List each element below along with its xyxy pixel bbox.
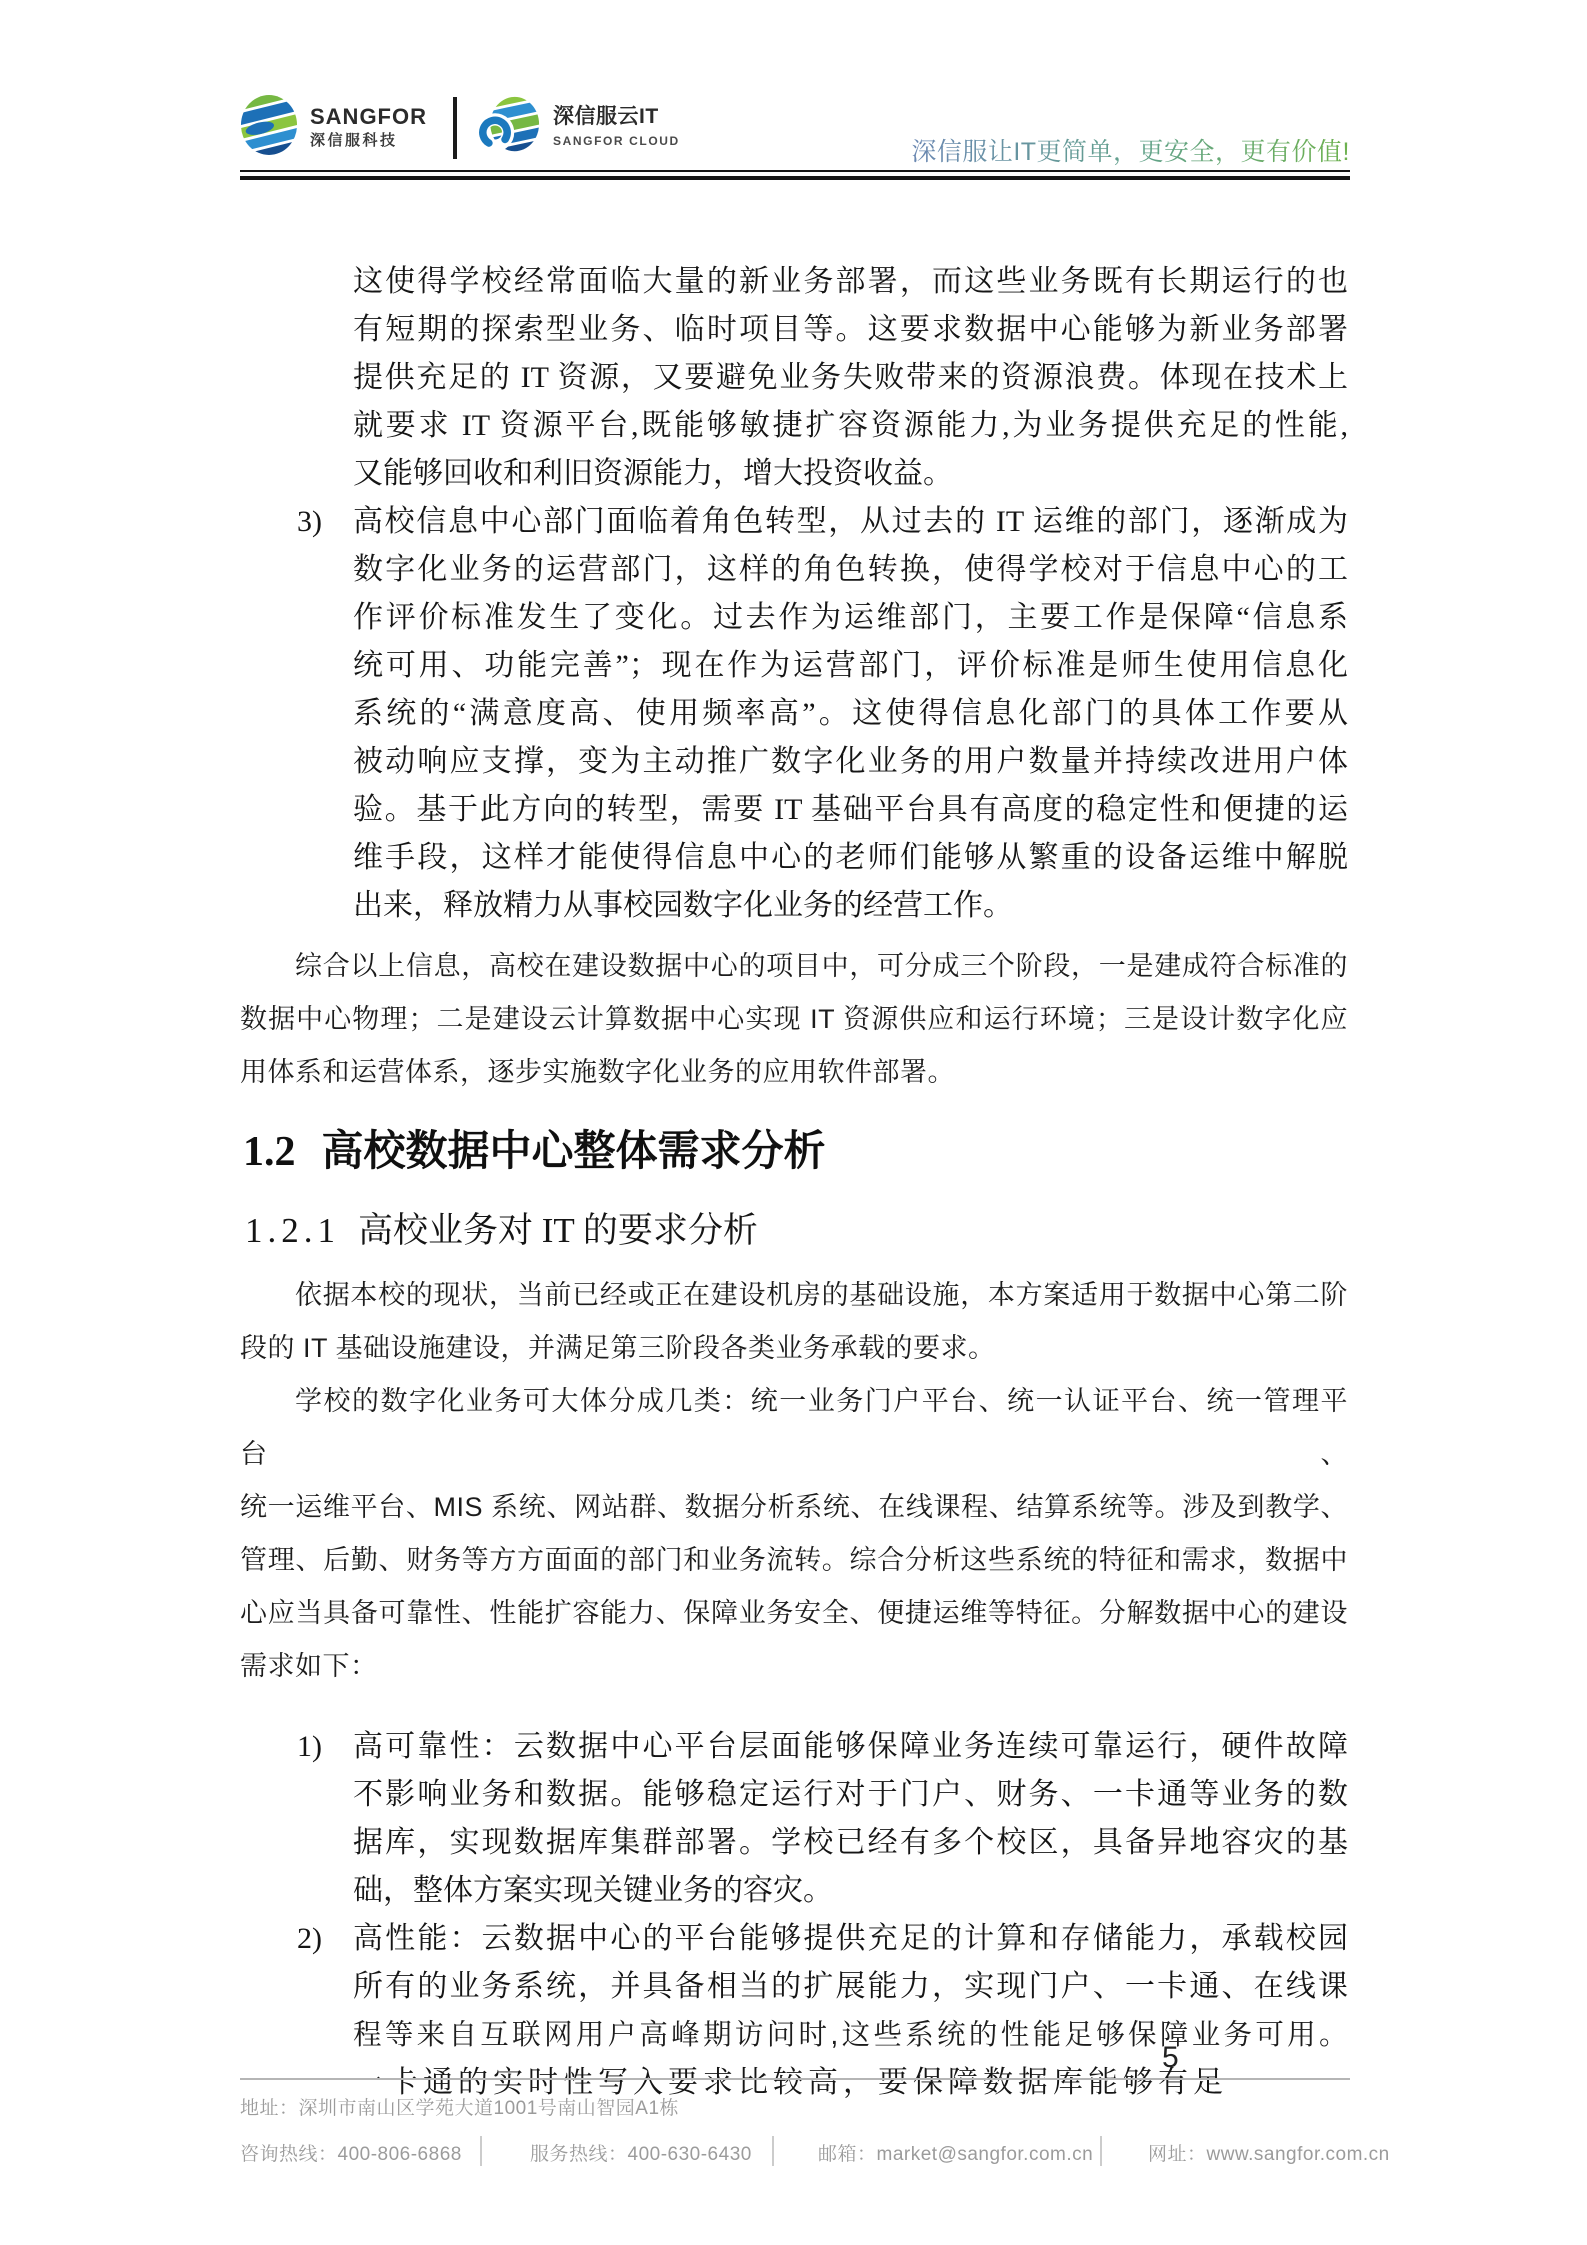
- text-line: 又能够回收和利旧资源能力，增大投资收益。: [353, 450, 1348, 498]
- text-line: 综合以上信息，高校在建设数据中心的项目中，可分成三个阶段，一是建成符合标准的: [240, 940, 1348, 993]
- requirements-list: 1) 高可靠性：云数据中心平台层面能够保障业务连续可靠运行，硬件故障不影响业务和…: [240, 1723, 1348, 2107]
- text-line: 数据中心物理；二是建设云计算数据中心实现 IT 资源供应和运行环境；三是设计数字…: [240, 993, 1348, 1046]
- text-line: 数字化业务的运营部门，这样的角色转换，使得学校对于信息中心的工: [353, 546, 1348, 594]
- footer-divider: [1100, 2136, 1102, 2166]
- footer-item-consult-hotline: 咨询热线：400-806-6868: [240, 2139, 462, 2166]
- ordered-item: 1) 高可靠性：云数据中心平台层面能够保障业务连续可靠运行，硬件故障不影响业务和…: [240, 1723, 1348, 1915]
- text-line: 高校信息中心部门面临着角色转型，从过去的 IT 运维的部门，逐渐成为: [353, 498, 1348, 546]
- document-body: 这使得学校经常面临大量的新业务部署，而这些业务既有长期运行的也有短期的探索型业务…: [240, 258, 1348, 2107]
- footer-item-email: 邮箱：market@sangfor.com.cn: [818, 2139, 1093, 2166]
- text-line: 系统的“满意度高、使用频率高”。这使得信息化部门的具体工作要从: [353, 690, 1348, 738]
- header: SANGFOR 深信服科技: [240, 94, 1350, 160]
- text-line: 所有的业务系统，并具备相当的扩展能力，实现门户、一卡通、在线课: [353, 1963, 1348, 2011]
- text-line: 维手段，这样才能使得信息中心的老师们能够从繁重的设备运维中解脱: [353, 834, 1348, 882]
- text-line: 有短期的探索型业务、临时项目等。这要求数据中心能够为新业务部署: [353, 306, 1348, 354]
- text-line: 提供充足的 IT 资源，又要避免业务失败带来的资源浪费。体现在技术上: [353, 354, 1348, 402]
- text-line: 就要求 IT 资源平台,既能够敏捷扩容资源能力,为业务提供充足的性能,: [353, 402, 1348, 450]
- section-title: 高校数据中心整体需求分析: [322, 1129, 826, 1175]
- text-line: 验。基于此方向的转型，需要 IT 基础平台具有高度的稳定性和便捷的运: [353, 786, 1348, 834]
- section-heading: 1.2高校数据中心整体需求分析: [243, 1125, 1348, 1179]
- footer-divider: [480, 2136, 482, 2166]
- text-line: 高性能：云数据中心的平台能够提供充足的计算和存储能力，承载校园: [353, 1915, 1348, 1963]
- footer-contact-row: 咨询热线：400-806-6868 服务热线：400-630-6430 邮箱：m…: [240, 2139, 1350, 2169]
- item-lines: 高可靠性：云数据中心平台层面能够保障业务连续可靠运行，硬件故障不影响业务和数据。…: [353, 1723, 1348, 1915]
- footer-divider: [772, 2136, 774, 2166]
- text-line: 高可靠性：云数据中心平台层面能够保障业务连续可靠运行，硬件故障: [353, 1723, 1348, 1771]
- sangfor-brand-text: SANGFOR: [310, 105, 427, 129]
- text-line: 段的 IT 基础设施建设，并满足第三阶段各类业务承载的要求。: [240, 1322, 1348, 1375]
- list-marker: 2): [297, 1915, 322, 1963]
- footer-item-website: 网址：www.sangfor.com.cn: [1148, 2139, 1390, 2166]
- text-line: 程等来自互联网用户高峰期访问时,这些系统的性能足够保障业务可用。: [353, 2011, 1348, 2059]
- section-number: 1.2: [243, 1129, 296, 1175]
- header-rule-thick: [240, 176, 1350, 180]
- text-line: 管理、后勤、财务等方方面面的部门和业务流转。综合分析这些系统的特征和需求，数据中: [240, 1534, 1348, 1587]
- subsection-title: 高校业务对 IT 的要求分析: [358, 1211, 758, 1250]
- text-line: 出来，释放精力从事校园数字化业务的经营工作。: [353, 882, 1348, 930]
- text-line: 用体系和运营体系，逐步实施数字化业务的应用软件部署。: [240, 1046, 1348, 1099]
- page-number: 5: [1162, 2042, 1179, 2074]
- footer-item-service-hotline: 服务热线：400-630-6430: [530, 2139, 752, 2166]
- continuation-paragraph: 这使得学校经常面临大量的新业务部署，而这些业务既有长期运行的也有短期的探索型业务…: [353, 258, 1348, 498]
- text-line: 不影响业务和数据。能够稳定运行对于门户、财务、一卡通等业务的数: [353, 1771, 1348, 1819]
- summary-paragraph: 综合以上信息，高校在建设数据中心的项目中，可分成三个阶段，一是建成符合标准的数据…: [240, 940, 1348, 1099]
- text-line: 这使得学校经常面临大量的新业务部署，而这些业务既有长期运行的也: [353, 258, 1348, 306]
- text-line: 础，整体方案实现关键业务的容灾。: [353, 1867, 1348, 1915]
- logo-divider: [453, 97, 457, 159]
- header-rule-thin: [240, 170, 1350, 172]
- text-line: 统一运维平台、MIS 系统、网站群、数据分析系统、在线课程、结算系统等。涉及到教…: [240, 1481, 1348, 1534]
- text-line: 被动响应支撑，变为主动推广数字化业务的用户数量并持续改进用户体: [353, 738, 1348, 786]
- list-marker: 1): [297, 1723, 322, 1771]
- subsection-heading: 1.2.1高校业务对 IT 的要求分析: [245, 1209, 1348, 1253]
- text-line: 需求如下：: [240, 1640, 1348, 1693]
- requirement-intro-paragraph: 依据本校的现状，当前已经或正在建设机房的基础设施，本方案适用于数据中心第二阶段的…: [240, 1269, 1348, 1375]
- sangfor-brand-subtext: 深信服科技: [310, 131, 427, 151]
- cloud-brand-subtext: SANGFOR CLOUD: [553, 131, 680, 151]
- challenges-list: 3) 高校信息中心部门面临着角色转型，从过去的 IT 运维的部门，逐渐成为数字化…: [240, 498, 1348, 930]
- text-line: 心应当具备可靠性、性能扩容能力、保障业务安全、便捷运维等特征。分解数据中心的建设: [240, 1587, 1348, 1640]
- ordered-item: 3) 高校信息中心部门面临着角色转型，从过去的 IT 运维的部门，逐渐成为数字化…: [240, 498, 1348, 930]
- sangfor-cloud-logo: 深信服云IT SANGFOR CLOUD: [479, 95, 680, 160]
- text-line: 依据本校的现状，当前已经或正在建设机房的基础设施，本方案适用于数据中心第二阶: [240, 1269, 1348, 1322]
- list-marker: 3): [297, 498, 322, 546]
- sangfor-logo: SANGFOR 深信服科技: [240, 94, 427, 161]
- item-lines: 高校信息中心部门面临着角色转型，从过去的 IT 运维的部门，逐渐成为数字化业务的…: [353, 498, 1348, 930]
- text-line: 统可用、功能完善”；现在作为运营部门，评价标准是师生使用信息化: [353, 642, 1348, 690]
- text-line: 据库，实现数据库集群部署。学校已经有多个校区，具备异地容灾的基: [353, 1819, 1348, 1867]
- footer-address: 地址：深圳市南山区学苑大道1001号南山智园A1栋: [240, 2093, 1350, 2120]
- header-logos: SANGFOR 深信服科技: [240, 94, 680, 161]
- header-tagline: 深信服让IT更简单，更安全，更有价值!: [911, 132, 1350, 168]
- cloud-globe-icon: [479, 95, 541, 160]
- cloud-brand-text: 深信服云IT: [553, 105, 680, 129]
- sangfor-logo-text: SANGFOR 深信服科技: [310, 105, 427, 151]
- document-page: SANGFOR 深信服科技: [0, 0, 1587, 2245]
- cloud-logo-text: 深信服云IT SANGFOR CLOUD: [553, 105, 680, 151]
- text-line: 学校的数字化业务可大体分成几类：统一业务门户平台、统一认证平台、统一管理平台、: [240, 1375, 1348, 1481]
- text-line: 作评价标准发生了变化。过去作为运维部门，主要工作是保障“信息系: [353, 594, 1348, 642]
- sangfor-globe-icon: [240, 94, 298, 161]
- business-paragraph: 学校的数字化业务可大体分成几类：统一业务门户平台、统一认证平台、统一管理平台、统…: [240, 1375, 1348, 1693]
- subsection-number: 1.2.1: [245, 1211, 340, 1250]
- footer: 地址：深圳市南山区学苑大道1001号南山智园A1栋 咨询热线：400-806-6…: [240, 2078, 1350, 2169]
